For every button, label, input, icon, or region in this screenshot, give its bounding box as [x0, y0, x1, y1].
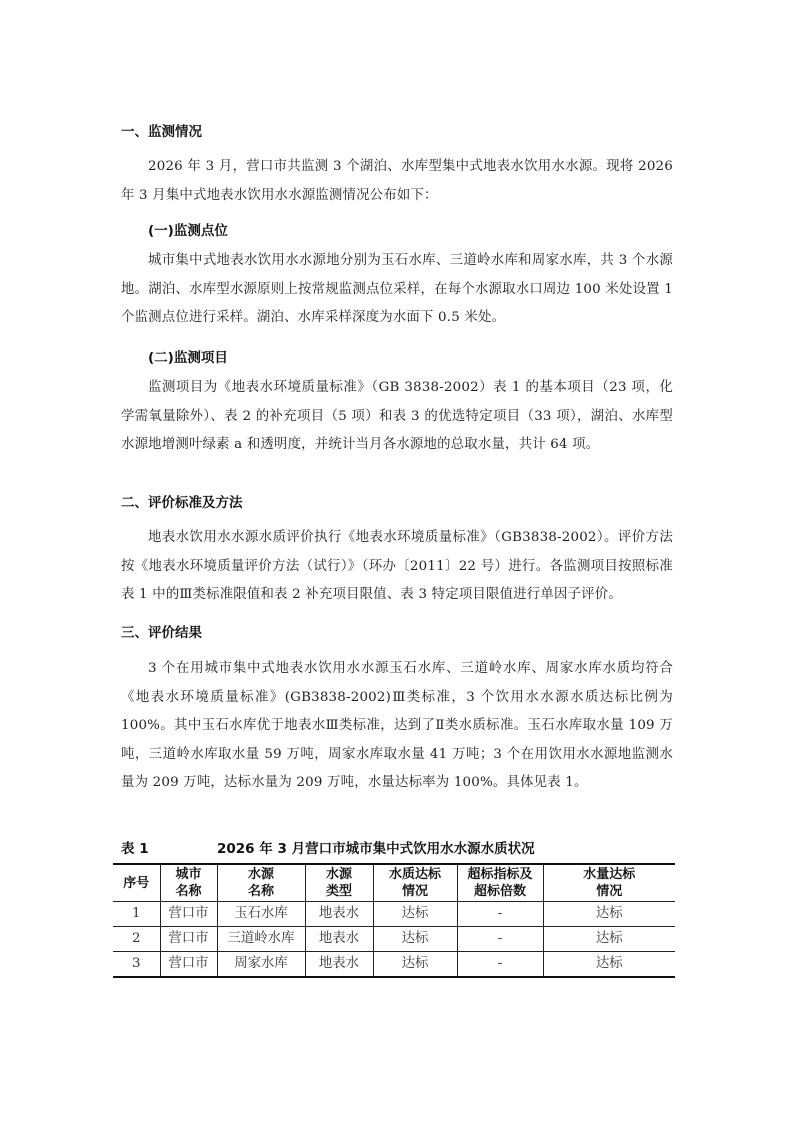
- cell-quantity-status: 达标: [543, 952, 675, 978]
- table-row: 2 营口市 三道岭水库 地表水 达标 - 达标: [113, 927, 675, 952]
- cell-source-type: 地表水: [305, 902, 373, 927]
- cell-city: 营口市: [160, 952, 217, 978]
- header-source-name: 水源名称: [217, 864, 305, 902]
- cell-index: 3: [113, 952, 160, 978]
- section-heading-results: 三、评价结果: [121, 621, 202, 641]
- cell-exceed-items: -: [457, 952, 543, 978]
- water-quality-table: 序号 城市名称 水源名称 水源类型 水质达标情况 超标指标及超标倍数 水量达标情…: [113, 863, 675, 978]
- cell-source-type: 地表水: [305, 952, 373, 978]
- cell-quantity-status: 达标: [543, 927, 675, 952]
- table-row: 3 营口市 周家水库 地表水 达标 - 达标: [113, 952, 675, 978]
- header-source-type: 水源类型: [305, 864, 373, 902]
- paragraph-monitoring-items: 监测项目为《地表水环境质量标准》（GB 3838-2002）表 1 的基本项目（…: [121, 374, 673, 460]
- cell-index: 1: [113, 902, 160, 927]
- header-city-name: 城市名称: [160, 864, 217, 902]
- table-header-row: 序号 城市名称 水源名称 水源类型 水质达标情况 超标指标及超标倍数 水量达标情…: [113, 864, 675, 902]
- header-quantity-status: 水量达标情况: [543, 864, 675, 902]
- table-caption: 表 1 2026 年 3 月营口市城市集中式饮用水水源水质状况: [121, 837, 681, 857]
- subheading-monitoring-items: (二)监测项目: [148, 346, 228, 366]
- cell-quality-status: 达标: [373, 902, 457, 927]
- paragraph-intro: 2026 年 3 月，营口市共监测 3 个湖泊、水库型集中式地表水饮用水水源。现…: [121, 153, 673, 210]
- cell-source-type: 地表水: [305, 927, 373, 952]
- header-quality-status: 水质达标情况: [373, 864, 457, 902]
- cell-quality-status: 达标: [373, 952, 457, 978]
- cell-city: 营口市: [160, 927, 217, 952]
- table-label: 表 1: [121, 837, 149, 857]
- cell-quality-status: 达标: [373, 927, 457, 952]
- header-exceed-items: 超标指标及超标倍数: [457, 864, 543, 902]
- table-title: 2026 年 3 月营口市城市集中式饮用水水源水质状况: [217, 837, 535, 857]
- cell-index: 2: [113, 927, 160, 952]
- table-row: 1 营口市 玉石水库 地表水 达标 - 达标: [113, 902, 675, 927]
- paragraph-standards: 地表水饮用水水源水质评价执行《地表水环境质量标准》（GB3838-2002）。评…: [121, 524, 673, 610]
- cell-city: 营口市: [160, 902, 217, 927]
- paragraph-results: 3 个在用城市集中式地表水饮用水水源玉石水库、三道岭水库、周家水库水质均符合《地…: [121, 655, 673, 798]
- cell-source-name: 周家水库: [217, 952, 305, 978]
- cell-source-name: 玉石水库: [217, 902, 305, 927]
- section-heading-standards: 二、评价标准及方法: [121, 491, 243, 511]
- paragraph-monitoring-points: 城市集中式地表水饮用水水源地分别为玉石水库、三道岭水库和周家水库，共 3 个水源…: [121, 247, 673, 333]
- cell-exceed-items: -: [457, 902, 543, 927]
- cell-exceed-items: -: [457, 927, 543, 952]
- document-page: 一、监测情况 2026 年 3 月，营口市共监测 3 个湖泊、水库型集中式地表水…: [0, 0, 793, 1122]
- header-index: 序号: [113, 864, 160, 902]
- cell-quantity-status: 达标: [543, 902, 675, 927]
- section-heading-monitoring: 一、监测情况: [121, 120, 202, 140]
- subheading-monitoring-points: (一)监测点位: [148, 219, 228, 239]
- cell-source-name: 三道岭水库: [217, 927, 305, 952]
